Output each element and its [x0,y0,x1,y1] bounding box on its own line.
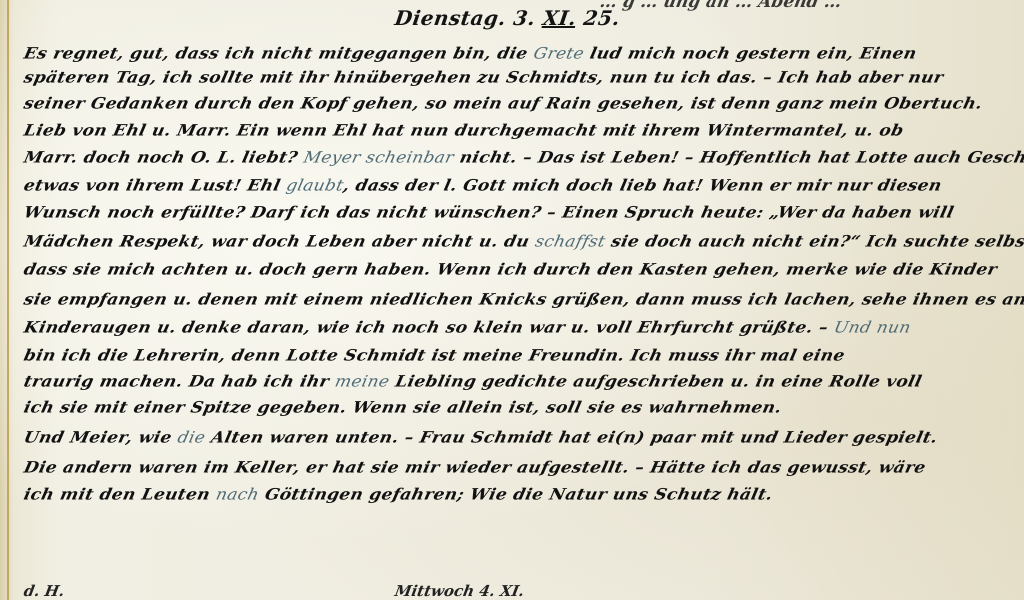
handwritten-line: Marr. doch noch O. L. liebt? Meyer schei… [22,149,1024,167]
faint-ink-word: nach [214,486,261,504]
previous-line-fragment: … g … ung an … Abend … [598,0,843,12]
heading-day: 3. [512,6,537,30]
handwritten-line: Die andern waren im Keller, er hat sie m… [22,459,1024,477]
heading-year: 25. [582,6,622,30]
faint-ink-word: Grete [532,45,586,63]
page-margin-rule [7,0,9,600]
handwritten-line: Kinderaugen u. denke daran, wie ich noch… [22,319,1024,337]
handwritten-line: ich mit den Leuten nach Göttingen gefahr… [22,486,1024,504]
handwritten-line: Und Meier, wie die Alten waren unten. – … [22,429,1024,447]
handwritten-line: dass sie mich achten u. doch gern haben.… [22,261,1024,279]
diary-date-heading: Dienstag. 3. XI. 25. [393,6,621,30]
handwritten-line: etwas von ihrem Lust! Ehl glaubt, dass d… [22,177,1024,195]
faint-ink-word: Meyer scheinbar [302,149,456,167]
faint-ink-word: Und nun [832,319,912,337]
handwritten-line: Mädchen Respekt, war doch Leben aber nic… [22,233,1024,251]
handwritten-line: Es regnet, gut, dass ich nicht mitgegang… [22,45,1024,63]
handwritten-line: ich sie mit einer Spitze gegeben. Wenn s… [22,399,1024,417]
handwritten-line: traurig machen. Da hab ich ihr meine Lie… [22,373,1024,391]
cut-off-text-fragment: d. H. [22,582,66,600]
diary-page: … g … ung an … Abend … Dienstag. 3. XI. … [0,0,1024,600]
handwritten-line: bin ich die Lehrerin, denn Lotte Schmidt… [22,347,1024,365]
handwritten-line: seiner Gedanken durch den Kopf gehen, so… [22,95,1024,113]
faint-ink-word: schaffst [533,233,607,251]
faint-ink-word: die [176,429,207,447]
handwritten-line: Wunsch noch erfüllte? Darf ich das nicht… [22,204,1024,222]
faint-ink-word: meine [333,373,391,391]
heading-weekday: Dienstag. [393,6,507,30]
cut-off-text-fragment: Mittwoch 4. XI. [393,582,525,600]
handwritten-line: späteren Tag, ich sollte mit ihr hinüber… [22,69,1024,87]
handwritten-line: sie empfangen u. denen mit einem niedlic… [22,291,1024,309]
faint-ink-word: glaubt [284,177,345,195]
heading-month: XI. [541,6,578,30]
handwritten-line: Lieb von Ehl u. Marr. Ein wenn Ehl hat n… [22,122,1024,140]
